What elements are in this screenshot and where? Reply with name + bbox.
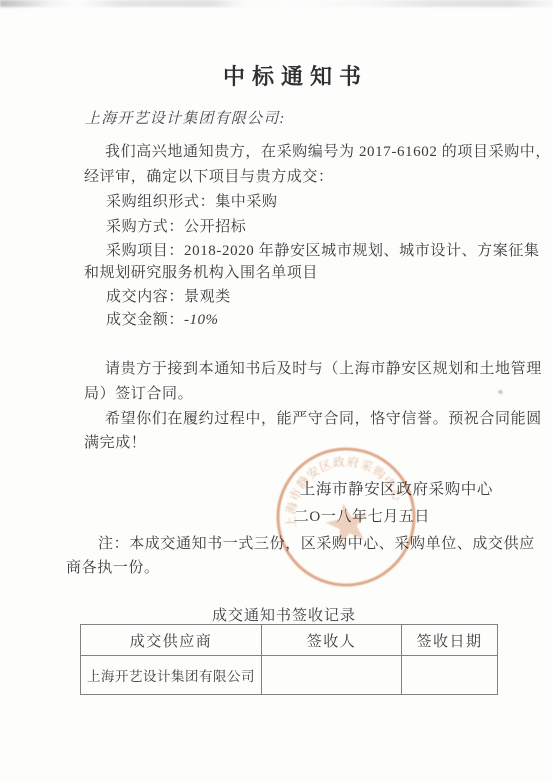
header-sign-date: 签收日期 — [402, 625, 498, 656]
detail-project-line2: 和规划研究服务机构入围名单项目 — [84, 265, 318, 282]
amount-value: -10% — [184, 312, 219, 328]
notice-title: 中标通知书 — [0, 60, 553, 91]
detail-org-form: 采购组织形式：集中采购 — [106, 194, 278, 211]
seal-ring-text: 上海市静安区政府采购中心 — [274, 445, 407, 531]
scan-artifact-top — [0, 0, 553, 7]
scan-noise-dot — [496, 388, 505, 396]
scanned-notice-page: 中标通知书 上海开艺设计集团有限公司: 我们高兴地通知贵方，在采购编号为 201… — [0, 0, 553, 782]
cell-supplier: 上海开艺设计集团有限公司 — [81, 656, 262, 695]
detail-amount: 成交金额：-10% — [106, 312, 219, 329]
recipient-salutation: 上海开艺设计集团有限公司: — [85, 111, 286, 128]
svg-text:上海市静安区政府采购中心: 上海市静安区政府采购中心 — [274, 445, 407, 531]
official-seal: 上海市静安区政府采购中心 — [274, 445, 418, 589]
detail-project-line1: 采购项目：2018-2020 年静安区城市规划、城市设计、方案征集 — [106, 243, 540, 260]
amount-label: 成交金额： — [106, 312, 184, 328]
cell-signer — [262, 656, 402, 695]
note-line2: 商各执一份。 — [66, 560, 160, 577]
paragraph3-line1: 希望你们在履约过程中，能严守合同，恪守信誉。预祝合同能圆 — [105, 411, 542, 428]
header-signer: 签收人 — [262, 625, 402, 656]
detail-method: 采购方式：公开招标 — [106, 219, 246, 236]
paragraph1-line2: 经评审，确定以下项目与贵方成交： — [84, 169, 334, 186]
seal-star-icon — [323, 499, 372, 547]
paragraph2-line1: 请贵方于接到本通知书后及时与（上海市静安区规划和土地管理 — [105, 361, 542, 378]
receipt-table-caption: 成交通知书签收记录 — [80, 604, 488, 625]
header-supplier: 成交供应商 — [81, 625, 262, 656]
paragraph2-line2: 局）签订合同。 — [84, 386, 193, 403]
receipt-table: 成交供应商 签收人 签收日期 上海开艺设计集团有限公司 — [80, 624, 498, 695]
paragraph1-line1: 我们高兴地通知贵方，在采购编号为 2017-61602 的项目采购中， — [105, 144, 551, 161]
paragraph3-line2: 满完成！ — [84, 435, 146, 452]
receipt-table-row: 上海开艺设计集团有限公司 — [81, 656, 498, 695]
detail-content: 成交内容：景观类 — [106, 289, 231, 306]
receipt-table-header-row: 成交供应商 签收人 签收日期 — [81, 625, 498, 656]
cell-sign-date — [402, 656, 498, 695]
